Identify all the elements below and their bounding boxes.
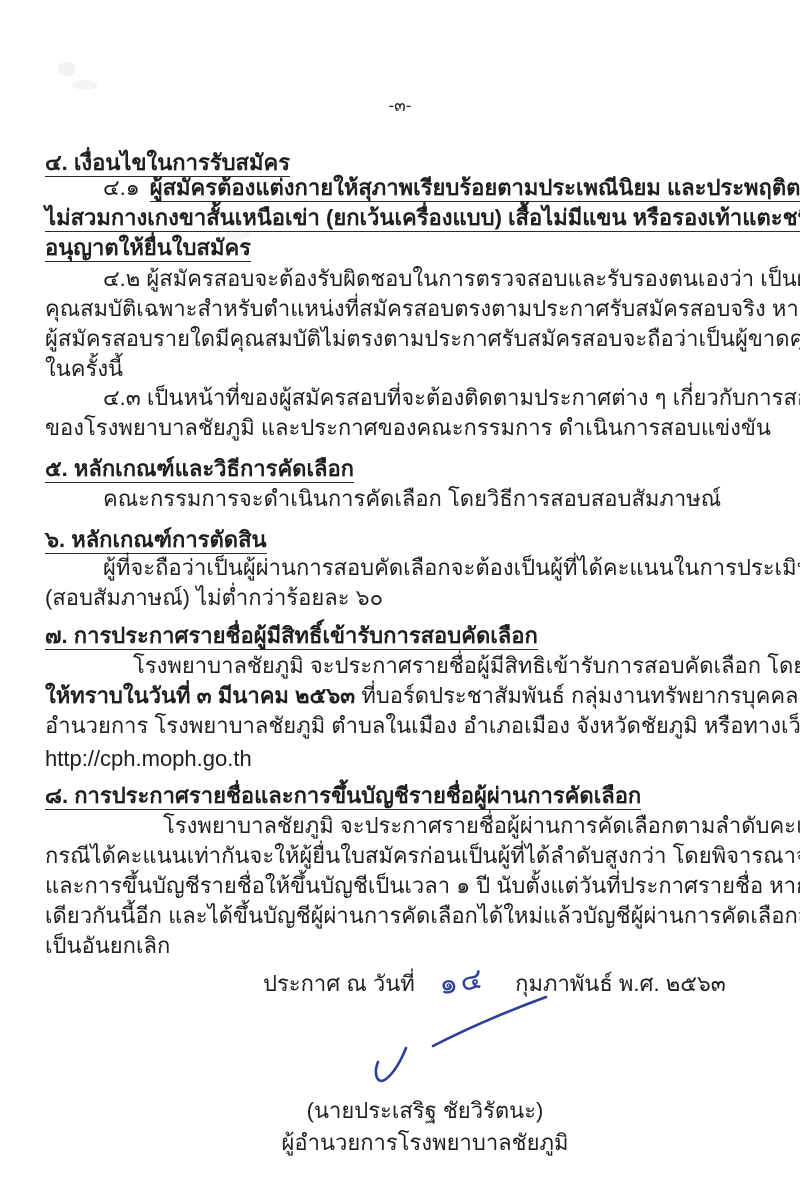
body-line: ผู้สมัครสอบรายใดมีคุณสมบัติไม่ตรงตามประก… [45,324,793,354]
body-line: คุณสมบัติเฉพาะสำหรับตำแหน่งที่สมัครสอบตร… [45,294,793,324]
signer-block: (นายประเสริฐ ชัยวิรัตนะ) ผู้อำนวยการโรงพ… [260,1096,590,1158]
section-6-body: ผู้ที่จะถือว่าเป็นผู้ผ่านการสอบคัดเลือกจ… [45,553,793,613]
issued-suffix: กุมภาพันธ์ พ.ศ. ๒๕๖๓ [515,966,726,1001]
body-line: กรณีได้คะแนนเท่ากันจะให้ผู้ยื่นใบสมัครก่… [45,841,793,871]
section-5-body: คณะกรรมการจะดำเนินการคัดเลือก โดยวิธีการ… [45,484,800,514]
body-line: อนุญาตให้ยื่นใบสมัคร [45,233,793,263]
bold-date-text: ให้ทราบในวันที่ ๓ มีนาคม ๒๕๖๓ [45,683,355,708]
section-7-heading: ๗. การประกาศรายชื่อผู้มีสิทธิ์เข้ารับการ… [45,621,793,651]
clause-number: ๔.๑ [103,175,140,200]
signer-name: (นายประเสริฐ ชัยวิรัตนะ) [260,1096,590,1126]
body-line: ๔.๓ เป็นหน้าที่ของผู้สมัครสอบที่จะต้องติ… [45,383,793,413]
scan-smudge [72,80,98,90]
section-7-body: โรงพยาบาลชัยภูมิ จะประกาศรายชื่อผู้มีสิท… [45,651,793,774]
section-5-heading-text: ๕. หลักเกณฑ์และวิธีการคัดเลือก [45,456,354,483]
body-line: ๔.๑ผู้สมัครต้องแต่งกายให้สุภาพเรียบร้อยต… [45,173,793,203]
body-line: ไม่สวมกางเกงขาสั้นเหนือเข่า (ยกเว้นเครื่… [45,203,793,233]
section-6-heading-text: ๖. หลักเกณฑ์การตัดสิน [45,527,267,554]
signer-title: ผู้อำนวยการโรงพยาบาลชัยภูมิ [260,1128,590,1158]
section-4-1-paragraph: ๔.๑ผู้สมัครต้องแต่งกายให้สุภาพเรียบร้อยต… [45,173,793,263]
section-4-3-paragraph: ๔.๓ เป็นหน้าที่ของผู้สมัครสอบที่จะต้องติ… [45,383,793,443]
body-line: อำนวยการ โรงพยาบาลชัยภูมิ ตำบลในเมือง อำ… [45,711,793,741]
section-8-heading: ๘. การประกาศรายชื่อและการขึ้นบัญชีรายชื่… [45,781,793,811]
underlined-text: ผู้สมัครต้องแต่งกายให้สุภาพเรียบร้อยตามป… [150,175,800,202]
body-line: ๔.๒ ผู้สมัครสอบจะต้องรับผิดชอบในการตรวจส… [45,264,793,294]
signature-stroke [433,997,546,1046]
body-line: เดียวกันนี้อีก และได้ขึ้นบัญชีผู้ผ่านการ… [45,901,793,931]
body-line: ในครั้งนี้ [45,354,793,384]
handwritten-day: ๑๔ [437,964,487,1001]
section-4-2-paragraph: ๔.๒ ผู้สมัครสอบจะต้องรับผิดชอบในการตรวจส… [45,264,793,384]
section-7-heading-text: ๗. การประกาศรายชื่อผู้มีสิทธิ์เข้ารับการ… [45,623,538,650]
scanned-document-page: -๓- ๔. เงื่อนไขในการรับสมัคร ๔.๑ผู้สมัคร… [0,0,800,1198]
body-line: ผู้ที่จะถือว่าเป็นผู้ผ่านการสอบคัดเลือกจ… [45,553,793,583]
section-5-heading: ๕. หลักเกณฑ์และวิธีการคัดเลือก [45,454,793,484]
body-line: ให้ทราบในวันที่ ๓ มีนาคม ๒๕๖๓ ที่บอร์ดปร… [45,681,793,711]
body-line: เป็นอันยกเลิก [45,931,793,961]
body-line: โรงพยาบาลชัยภูมิ จะประกาศรายชื่อผู้มีสิท… [45,651,793,681]
body-line: โรงพยาบาลชัยภูมิ จะประกาศรายชื่อผู้ผ่านก… [45,811,793,841]
body-line: (สอบสัมภาษณ์) ไม่ต่ำกว่าร้อยละ ๖๐ [45,583,793,613]
section-8-body: โรงพยาบาลชัยภูมิ จะประกาศรายชื่อผู้ผ่านก… [45,811,793,961]
body-text: ที่บอร์ดประชาสัมพันธ์ กลุ่มงานทรัพยากรบุ… [355,683,800,708]
section-6-heading: ๖. หลักเกณฑ์การตัดสิน [45,525,793,555]
issued-date-line: ประกาศ ณ วันที่ ๑๔ กุมภาพันธ์ พ.ศ. ๒๕๖๓ [263,966,726,1001]
section-8-heading-text: ๘. การประกาศรายชื่อและการขึ้นบัญชีรายชื่… [45,783,641,810]
website-url-text: http://cph.moph.go.th [45,744,793,774]
body-line: และการขึ้นบัญชีรายชื่อให้ขึ้นบัญชีเป็นเว… [45,871,793,901]
body-line: ของโรงพยาบาลชัยภูมิ และประกาศของคณะกรรมก… [45,413,793,443]
signature-stroke [376,1048,406,1081]
scan-smudge [58,62,76,76]
issued-prefix: ประกาศ ณ วันที่ [263,966,415,1001]
page-number: -๓- [0,92,800,119]
